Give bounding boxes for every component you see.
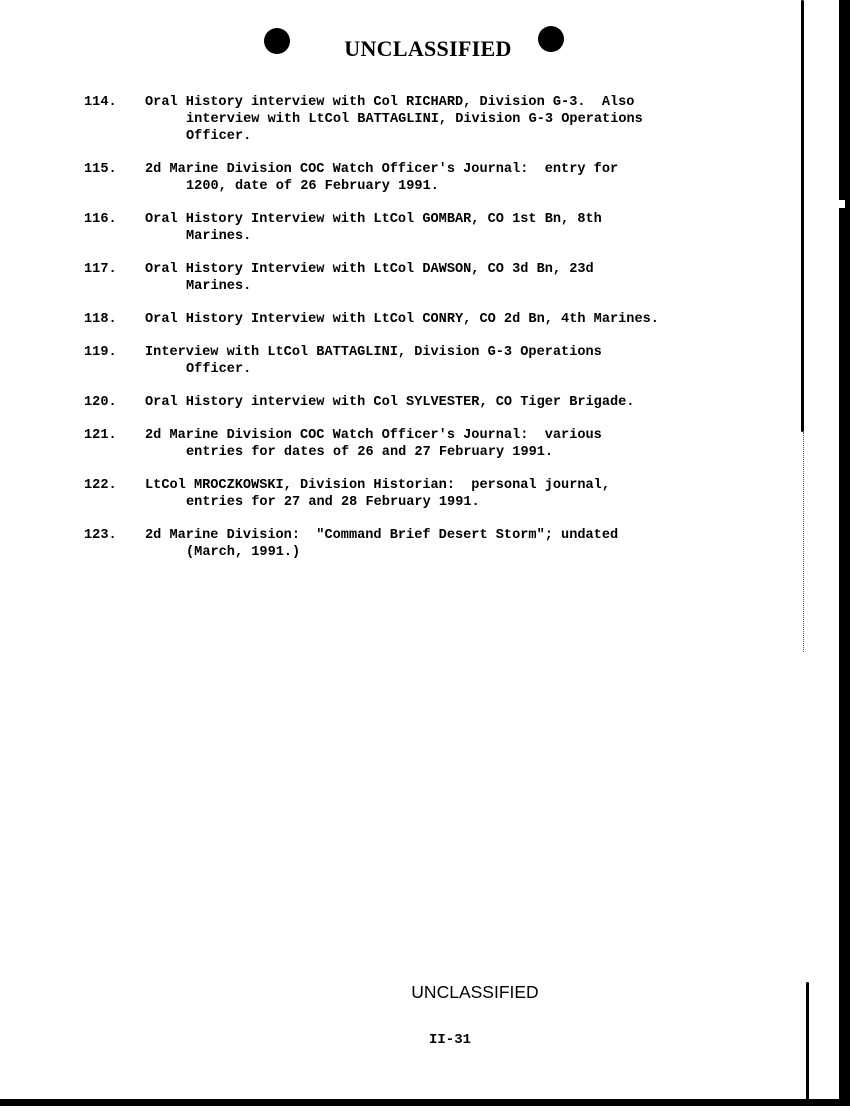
endnote-line: (March, 1991.) xyxy=(145,544,804,561)
document-page: UNCLASSIFIED 114. Oral History interview… xyxy=(0,0,850,1111)
endnote-number: 118. xyxy=(84,311,145,328)
endnote-line: LtCol MROCZKOWSKI, Division Historian: p… xyxy=(145,477,804,494)
endnote-entry: 114. Oral History interview with Col RIC… xyxy=(84,94,804,145)
endnote-line: Officer. xyxy=(145,128,804,145)
endnote-entry: 116. Oral History Interview with LtCol G… xyxy=(84,211,804,245)
classification-header: UNCLASSIFIED xyxy=(0,22,850,72)
endnote-entry: 120. Oral History interview with Col SYL… xyxy=(84,394,804,411)
endnote-entry: 115. 2d Marine Division COC Watch Office… xyxy=(84,161,804,195)
scan-border-notch xyxy=(839,200,845,208)
endnote-entry: 118. Oral History Interview with LtCol C… xyxy=(84,311,804,328)
scan-border-bottom xyxy=(0,1099,850,1106)
endnote-text: Oral History interview with Col SYLVESTE… xyxy=(145,394,804,411)
endnote-text: Interview with LtCol BATTAGLINI, Divisio… xyxy=(145,344,804,378)
endnote-line: Interview with LtCol BATTAGLINI, Divisio… xyxy=(145,344,804,361)
endnote-line: entries for 27 and 28 February 1991. xyxy=(145,494,804,511)
endnote-text: Oral History interview with Col RICHARD,… xyxy=(145,94,804,145)
endnote-number: 119. xyxy=(84,344,145,378)
endnote-text: 2d Marine Division COC Watch Officer's J… xyxy=(145,161,804,195)
endnote-number: 114. xyxy=(84,94,145,145)
endnote-number: 122. xyxy=(84,477,145,511)
endnote-text: Oral History Interview with LtCol DAWSON… xyxy=(145,261,804,295)
classification-marking-top: UNCLASSIFIED xyxy=(0,36,850,62)
endnote-entry: 122. LtCol MROCZKOWSKI, Division Histori… xyxy=(84,477,804,511)
endnote-line: interview with LtCol BATTAGLINI, Divisio… xyxy=(145,111,804,128)
endnote-number: 120. xyxy=(84,394,145,411)
endnote-number: 115. xyxy=(84,161,145,195)
endnote-entry: 117. Oral History Interview with LtCol D… xyxy=(84,261,804,295)
endnote-number: 121. xyxy=(84,427,145,461)
endnote-number: 117. xyxy=(84,261,145,295)
endnote-line: Officer. xyxy=(145,361,804,378)
endnote-line: Marines. xyxy=(145,278,804,295)
endnote-entry: 121. 2d Marine Division COC Watch Office… xyxy=(84,427,804,461)
endnote-line: 2d Marine Division COC Watch Officer's J… xyxy=(145,161,804,178)
endnotes-list: 114. Oral History interview with Col RIC… xyxy=(84,94,804,577)
page-number: II-31 xyxy=(0,1032,850,1048)
endnote-entry: 123. 2d Marine Division: "Command Brief … xyxy=(84,527,804,561)
endnote-line: Oral History Interview with LtCol DAWSON… xyxy=(145,261,804,278)
endnote-entry: 119. Interview with LtCol BATTAGLINI, Di… xyxy=(84,344,804,378)
classification-marking-bottom: UNCLASSIFIED xyxy=(0,982,850,1003)
endnote-number: 116. xyxy=(84,211,145,245)
bullet-dot-icon xyxy=(538,26,564,52)
endnote-text: Oral History Interview with LtCol CONRY,… xyxy=(145,311,804,328)
endnote-text: Oral History Interview with LtCol GOMBAR… xyxy=(145,211,804,245)
endnote-line: Oral History Interview with LtCol CONRY,… xyxy=(145,311,804,328)
endnote-line: 2d Marine Division COC Watch Officer's J… xyxy=(145,427,804,444)
scan-border-right xyxy=(839,0,850,1104)
endnote-line: entries for dates of 26 and 27 February … xyxy=(145,444,804,461)
endnote-line: 1200, date of 26 February 1991. xyxy=(145,178,804,195)
endnote-text: 2d Marine Division COC Watch Officer's J… xyxy=(145,427,804,461)
endnote-number: 123. xyxy=(84,527,145,561)
endnote-line: 2d Marine Division: "Command Brief Deser… xyxy=(145,527,804,544)
endnote-line: Oral History interview with Col SYLVESTE… xyxy=(145,394,804,411)
endnote-line: Marines. xyxy=(145,228,804,245)
endnote-line: Oral History interview with Col RICHARD,… xyxy=(145,94,804,111)
endnote-text: LtCol MROCZKOWSKI, Division Historian: p… xyxy=(145,477,804,511)
endnote-line: Oral History Interview with LtCol GOMBAR… xyxy=(145,211,804,228)
endnote-text: 2d Marine Division: "Command Brief Deser… xyxy=(145,527,804,561)
